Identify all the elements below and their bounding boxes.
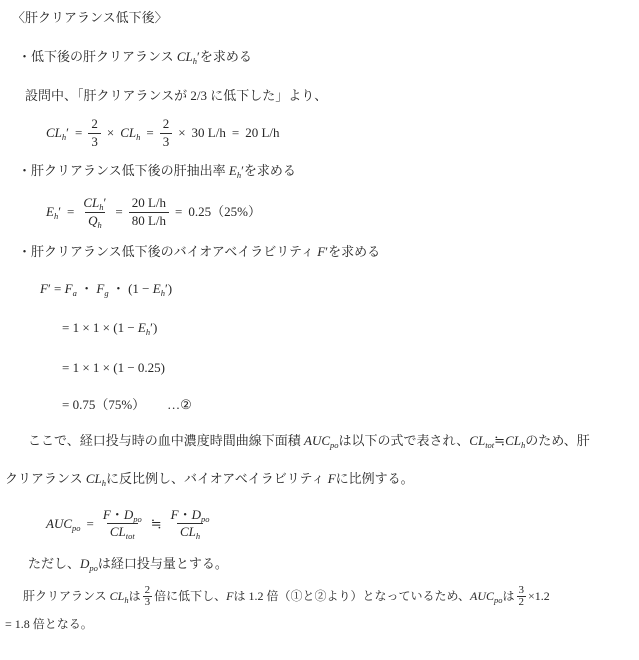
fraction-two-thirds: 23: [143, 585, 153, 609]
formula-f-prime-line2: = 1 × 1 × (1 − Eh′): [62, 320, 639, 336]
fraction-20-over-80: 20 L/h80 L/h: [129, 196, 169, 229]
math-var-clh: CL: [110, 588, 125, 602]
bullet-eh-prime: ・肝クリアランス低下後の肝抽出率 Eh′を求める: [18, 163, 639, 179]
fraction-denominator: CLtot: [107, 523, 138, 540]
math-var-eh-prime: Eh′: [46, 204, 61, 220]
math-var-base: F: [171, 507, 179, 522]
fraction-denominator: CLh: [177, 523, 203, 540]
equals-sign: =: [67, 204, 74, 220]
paragraph-conclusion-line2: = 1.8 倍となる。: [5, 617, 639, 632]
math-var-fa: F: [65, 281, 73, 296]
formula-auc-po: AUCpo = F・Dpo CLtot ≒ F・Dpo CLh: [46, 508, 639, 541]
math-var-base: AUC: [46, 516, 72, 531]
note-dpo: ただし、Dpoは経口投与量とする。: [28, 556, 639, 572]
approx-equal-sign: ≒: [151, 516, 162, 532]
math-var-base: D: [192, 507, 201, 522]
value-30-lh: 30 L/h: [192, 125, 226, 141]
math-text: = 1 × 1 × (1 −: [62, 320, 138, 335]
equals-sign: =: [75, 125, 82, 141]
fraction-denominator: 3: [143, 596, 153, 609]
math-var-eh: E: [138, 320, 146, 335]
fraction-denominator: 3: [160, 133, 173, 150]
document-page: 〈肝クリアランス低下後〉 ・低下後の肝クリアランス CLh′を求める 設問中、「…: [0, 0, 639, 660]
math-sub: po: [133, 514, 142, 524]
math-var-clh: CL: [86, 471, 102, 486]
fraction-numerator: F・Dpo: [168, 508, 213, 524]
paragraph-auc-line2: クリアランス CLhに反比例し、バイオアベイラビリティ Fに比例する。: [5, 471, 639, 487]
math-var-eh: E: [153, 281, 161, 296]
math-var-clh-prime: CLh′: [46, 125, 69, 141]
equals-sign: =: [115, 204, 122, 220]
paragraph-text: は経口投与量とする。: [98, 556, 228, 571]
approx-equal-sign: ≒: [494, 433, 505, 448]
paragraph-text: に比例する。: [336, 471, 414, 486]
fraction-numerator: 3: [517, 585, 527, 597]
math-sub: h: [196, 531, 200, 541]
fraction-clh-over-qh: CLh′ Qh: [80, 196, 109, 229]
middle-dot: ・: [111, 507, 124, 522]
paragraph-text: は 1.2 倍（①と②より）となっているため、: [233, 588, 470, 602]
math-sub: po: [89, 563, 98, 573]
fraction-numerator: 2: [160, 117, 173, 133]
math-var-base: CL: [110, 524, 126, 539]
math-var-f: F: [40, 281, 48, 296]
fraction-numerator: CLh′: [80, 196, 109, 212]
math-prime: ′: [104, 195, 107, 210]
math-var-aucpo: AUCpo: [46, 516, 81, 532]
close-paren: ): [153, 320, 157, 335]
math-sub: tot: [126, 531, 135, 541]
paragraph-text: は: [129, 588, 141, 602]
bullet-text: ・肝クリアランス低下後のバイオアベイラビリティ: [18, 244, 317, 259]
bullet-text: ・低下後の肝クリアランス: [18, 49, 177, 64]
equation-ref-2: …②: [167, 397, 192, 412]
equals-sign: =: [146, 125, 153, 141]
math-sub: po: [201, 514, 210, 524]
math-var-dpo: D: [80, 556, 89, 571]
middle-dot: ・: [179, 507, 192, 522]
math-sub: po: [494, 594, 503, 604]
fraction-three-halves: 32: [517, 585, 527, 609]
math-var-cltot: CL: [469, 433, 485, 448]
fraction-numerator: 2: [88, 117, 101, 133]
close-paren: ): [168, 281, 172, 296]
fraction-denominator: Qh: [85, 212, 105, 229]
math-var-base: CL: [46, 125, 62, 140]
times-sign: ×: [178, 125, 185, 141]
paragraph-text: 倍に低下し、: [154, 588, 226, 602]
math-sub: h: [97, 220, 101, 230]
fraction-numerator: 20 L/h: [129, 196, 169, 212]
fraction-two-thirds: 23: [88, 117, 101, 150]
math-var-clh: CL: [505, 433, 521, 448]
bullet-f-prime: ・肝クリアランス低下後のバイオアベイラビリティ F′を求める: [18, 244, 639, 260]
paragraph-text: のため、肝: [525, 433, 589, 448]
math-prime: ′: [66, 125, 69, 140]
math-var-base: D: [124, 507, 133, 522]
equals-sign: =: [51, 281, 65, 296]
math-sub: po: [330, 440, 339, 450]
fraction-denominator: 2: [517, 596, 527, 609]
math-prime: ′: [58, 204, 61, 219]
fraction-two-thirds: 23: [160, 117, 173, 150]
math-var-auc: AUC: [470, 588, 494, 602]
paragraph-conclusion-line1: 肝クリアランス CLhは23倍に低下し、Fは 1.2 倍（①と②より）となってい…: [23, 585, 639, 609]
math-var-clh: CLh: [120, 125, 140, 141]
math-var-base: CL: [177, 49, 193, 64]
math-var-f: F: [328, 471, 336, 486]
math-var-base: CL: [120, 125, 136, 140]
math-var-base: F: [103, 507, 111, 522]
times-value: ×1.2: [528, 588, 550, 602]
math-var-base: CL: [180, 524, 196, 539]
paragraph-text: ただし、: [28, 556, 80, 571]
doc-heading: 〈肝クリアランス低下後〉: [12, 10, 639, 26]
bullet-text: ・肝クリアランス低下後の肝抽出率: [18, 163, 229, 178]
paragraph-problem-statement: 設問中、「肝クリアランスが 2/3 に低下した」より、: [25, 88, 639, 104]
math-sub: po: [72, 523, 81, 533]
formula-eh-prime: Eh′ = CLh′ Qh = 20 L/h80 L/h = 0.25（25%）: [46, 196, 639, 229]
fraction-fdpo-over-cltot: F・Dpo CLtot: [100, 508, 145, 541]
bullet-text: を求める: [328, 244, 380, 259]
math-var-auc: AUC: [304, 433, 330, 448]
paragraph-text: は: [503, 588, 515, 602]
result-value: 0.25（25%）: [188, 204, 261, 220]
math-var-base: E: [46, 204, 54, 219]
paragraph-text: に反比例し、バイオアベイラビリティ: [106, 471, 328, 486]
paragraph-auc-line1: ここで、経口投与時の血中濃度時間曲線下面積 AUCpoは以下の式で表され、CLt…: [28, 433, 639, 449]
middle-dot-open-paren: ・ (1 −: [109, 281, 153, 296]
formula-f-prime-line1: F′ = Fa ・ Fg ・ (1 − Eh′): [40, 281, 639, 297]
bullet-text: を求める: [200, 49, 252, 64]
fraction-fdpo-over-clh: F・Dpo CLh: [168, 508, 213, 541]
equals-sign: =: [232, 125, 239, 141]
formula-f-prime-line3: = 1 × 1 × (1 − 0.25): [62, 360, 639, 376]
paragraph-text: は以下の式で表され、: [339, 433, 470, 448]
bullet-clh-prime: ・低下後の肝クリアランス CLh′を求める: [18, 49, 639, 65]
paragraph-text: ここで、経口投与時の血中濃度時間曲線下面積: [28, 433, 304, 448]
math-var-cl: CLh: [177, 49, 197, 64]
value-20-lh: 20 L/h: [245, 125, 279, 141]
fraction-denominator: 3: [88, 133, 101, 150]
math-var-base: CL: [83, 195, 99, 210]
formula-f-prime-line4: = 0.75（75%）…②: [62, 397, 639, 413]
middle-dot: ・: [77, 281, 97, 296]
paragraph-text: 肝クリアランス: [23, 588, 110, 602]
times-sign: ×: [107, 125, 114, 141]
math-var-eh: Eh: [229, 163, 241, 178]
equals-sign: =: [87, 516, 94, 532]
math-sub: tot: [485, 440, 494, 450]
fraction-numerator: 2: [143, 585, 153, 597]
paragraph-text: クリアランス: [5, 471, 86, 486]
fraction-denominator: 80 L/h: [129, 212, 169, 229]
math-sub: h: [136, 132, 140, 142]
equals-sign: =: [175, 204, 182, 220]
math-var-base: E: [229, 163, 237, 178]
formula-clh-prime: CLh′ = 23 × CLh = 23 × 30 L/h = 20 L/h: [46, 117, 639, 150]
fraction-numerator: F・Dpo: [100, 508, 145, 524]
result-value: = 0.75（75%）: [62, 397, 145, 412]
bullet-text: を求める: [244, 163, 296, 178]
